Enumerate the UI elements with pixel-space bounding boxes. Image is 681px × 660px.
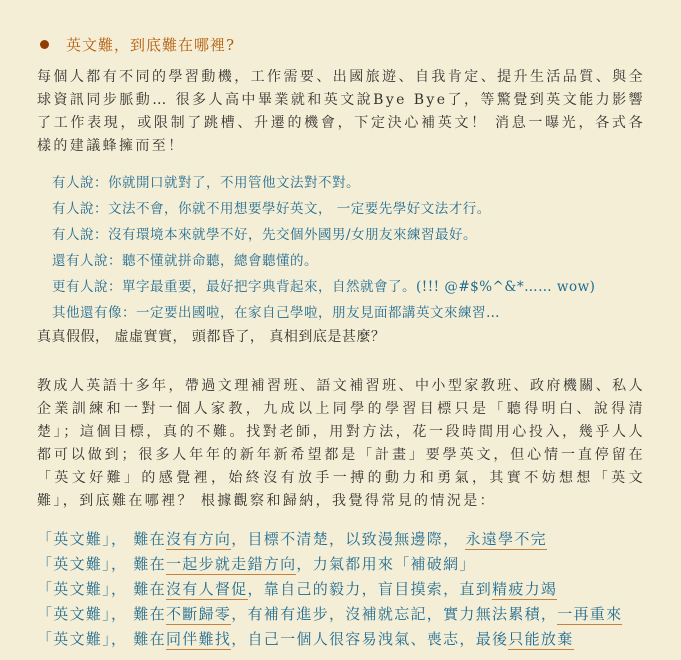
bullet-icon bbox=[40, 40, 49, 49]
article-page: 英文難，到底難在哪裡? 每個人都有不同的學習動機，工作需要、出國旅遊、自我肯定、… bbox=[0, 0, 681, 660]
difficulty-line: 「英文難」， 難在一起步就走錯方向，力氣都用來「補破網」 bbox=[37, 552, 645, 577]
highlighted-phrase: 一起步就走錯方向 bbox=[166, 555, 296, 575]
difficulty-text: 「英文難」， 難在 bbox=[37, 605, 166, 623]
quote-line: 有人說：沒有環境本來就學不好，先交個外國男/女朋友來練習最好。 bbox=[52, 222, 645, 248]
difficulty-text: 「英文難」， 難在 bbox=[37, 580, 166, 598]
quote-line: 有人說：你就開口就對了，不用管他文法對不對。 bbox=[52, 170, 645, 196]
quotes-block: 有人說：你就開口就對了，不用管他文法對不對。 有人說：文法不會，你就不用想要學好… bbox=[52, 170, 645, 326]
highlighted-phrase: 一再重來 bbox=[557, 605, 622, 625]
difficulty-line: 「英文難」， 難在不斷歸零，有補有進步，沒補就忘記，實力無法累積，一再重來 bbox=[37, 602, 645, 627]
highlighted-phrase: 同伴難找 bbox=[166, 630, 231, 650]
highlighted-phrase: 只能放棄 bbox=[508, 630, 573, 650]
quote-line: 有人說：文法不會，你就不用想要學好英文， 一定要先學好文法才行。 bbox=[52, 196, 645, 222]
difficulty-text: ，力氣都用來「補破網」 bbox=[296, 555, 475, 573]
difficulty-line: 「英文難」， 難在沒有方向，目標不清楚，以致漫無邊際， 永遠學不完 bbox=[37, 527, 645, 552]
difficulty-text: 「英文難」， 難在 bbox=[37, 555, 166, 573]
difficulty-text: ，有補有進步，沒補就忘記，實力無法累積， bbox=[231, 605, 557, 623]
difficulty-text: 「英文難」， 難在 bbox=[37, 630, 166, 648]
difficulty-text: ，自己一個人很容易洩氣、喪志，最後 bbox=[231, 630, 508, 648]
difficulty-text: ，靠自己的毅力，盲目摸索，直到 bbox=[248, 580, 493, 598]
page-title: 英文難，到底難在哪裡? bbox=[66, 34, 235, 55]
highlighted-phrase: 精疲力竭 bbox=[492, 580, 557, 600]
article-title-row: 英文難，到底難在哪裡? bbox=[40, 36, 645, 52]
experience-paragraph: 教成人英語十多年，帶過文理補習班、語文補習班、中小型家教班、政府機關、私人企業訓… bbox=[37, 375, 645, 513]
confusion-paragraph: 真真假假， 虛虛實實， 頭都昏了， 真相到底是甚麼？ bbox=[37, 326, 645, 349]
quote-line: 還有人說：聽不懂就拼命聽，總會聽懂的。 bbox=[52, 248, 645, 274]
difficulty-line: 「英文難」， 難在沒有人督促，靠自己的毅力，盲目摸索，直到精疲力竭 bbox=[37, 577, 645, 602]
quote-line: 其他還有像：一定要出國啦，在家自己學啦，朋友見面都講英文來練習… bbox=[52, 300, 645, 326]
difficulty-line: 「英文難」， 難在同伴難找，自己一個人很容易洩氣、喪志，最後只能放棄 bbox=[37, 627, 645, 652]
highlighted-phrase: 沒有人督促 bbox=[166, 580, 248, 600]
highlighted-phrase: 沒有方向 bbox=[166, 530, 231, 550]
difficulty-text: ，目標不清楚，以致漫無邊際， bbox=[231, 530, 465, 548]
highlighted-phrase: 不斷歸零 bbox=[166, 605, 231, 625]
difficulties-list: 「英文難」， 難在沒有方向，目標不清楚，以致漫無邊際， 永遠學不完 「英文難」，… bbox=[37, 527, 645, 652]
intro-paragraph: 每個人都有不同的學習動機，工作需要、出國旅遊、自我肯定、提升生活品質、與全球資訊… bbox=[37, 66, 645, 158]
quote-line: 更有人說：單字最重要，最好把字典背起來，自然就會了。(!!! @#$%^&*……… bbox=[52, 274, 645, 300]
highlighted-phrase: 永遠學不完 bbox=[465, 530, 547, 550]
difficulty-text: 「英文難」， 難在 bbox=[37, 530, 166, 548]
